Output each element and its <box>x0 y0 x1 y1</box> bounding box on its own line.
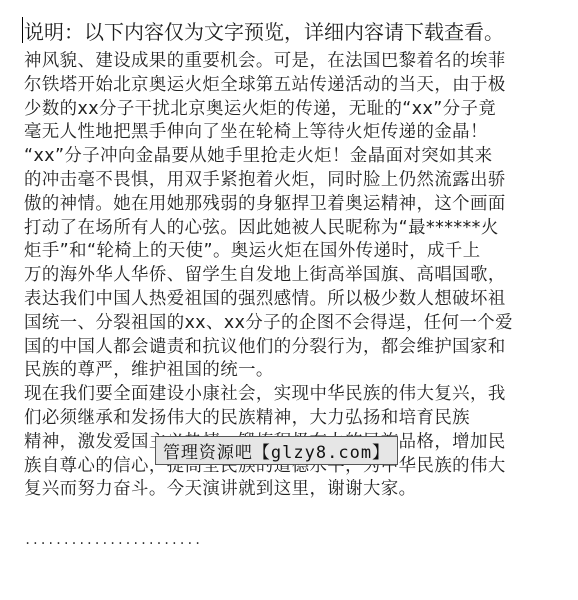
text-line: 们必须继承和发扬伟大的民族精神，大力弘扬和培育民族 <box>24 407 554 431</box>
text-line: 炬手”和“轮椅上的天使”。奥运火炬在国外传递时，成千上 <box>24 240 554 264</box>
text-line: 国的中国人都会谴责和抗议他们的分裂行为，都会维护国家和 <box>24 336 554 360</box>
text-cursor <box>22 17 23 43</box>
continuation-dots: ....................... <box>24 534 202 546</box>
text-line: 毫无人性地把黑手伸向了坐在轮椅上等待火炬传递的金晶！ <box>24 121 554 145</box>
text-line: 表达我们中国人热爱祖国的强烈感情。所以极少数人想破坏祖 <box>24 288 554 312</box>
document-body: 神风貌、建设成果的重要机会。可是，在法国巴黎着名的埃菲 尔铁塔开始北京奥运火炬全… <box>24 50 554 502</box>
text-line: 万的海外华人华侨、留学生自发地上街高举国旗、高唱国歌， <box>24 264 554 288</box>
text-line: 少数的xx分子干扰北京奥运火炬的传递，无耻的“xx”分子竟 <box>24 98 554 122</box>
text-line: 复兴而努力奋斗。今天演讲就到这里，谢谢大家。 <box>24 478 554 502</box>
text-line: 神风貌、建设成果的重要机会。可是，在法国巴黎着名的埃菲 <box>24 50 554 74</box>
preview-notice: 说明：以下内容仅为文字预览，详细内容请下载查看。 <box>22 15 504 45</box>
preview-notice-text: 说明：以下内容仅为文字预览，详细内容请下载查看。 <box>24 16 504 45</box>
text-line: 现在我们要全面建设小康社会，实现中华民族的伟大复兴，我 <box>24 383 554 407</box>
text-line: 打动了在场所有人的心弦。因此她被人民昵称为“最******火 <box>24 217 554 241</box>
text-line: 傲的神情。她在用她那残弱的身躯捍卫着奥运精神，这个画面 <box>24 193 554 217</box>
watermark-label: 管理资源吧【glzy8.com】 <box>155 436 398 465</box>
text-line: “xx”分子冲向金晶要从她手里抢走火炬！金晶面对突如其来 <box>24 145 554 169</box>
text-line: 的冲击毫不畏惧，用双手紧抱着火炬，同时脸上仍然流露出骄 <box>24 169 554 193</box>
text-line: 民族的尊严，维护祖国的统一。 <box>24 359 554 383</box>
text-line: 尔铁塔开始北京奥运火炬全球第五站传递活动的当天，由于极 <box>24 74 554 98</box>
text-line: 国统一、分裂祖国的xx、xx分子的企图不会得逞，任何一个爱 <box>24 312 554 336</box>
